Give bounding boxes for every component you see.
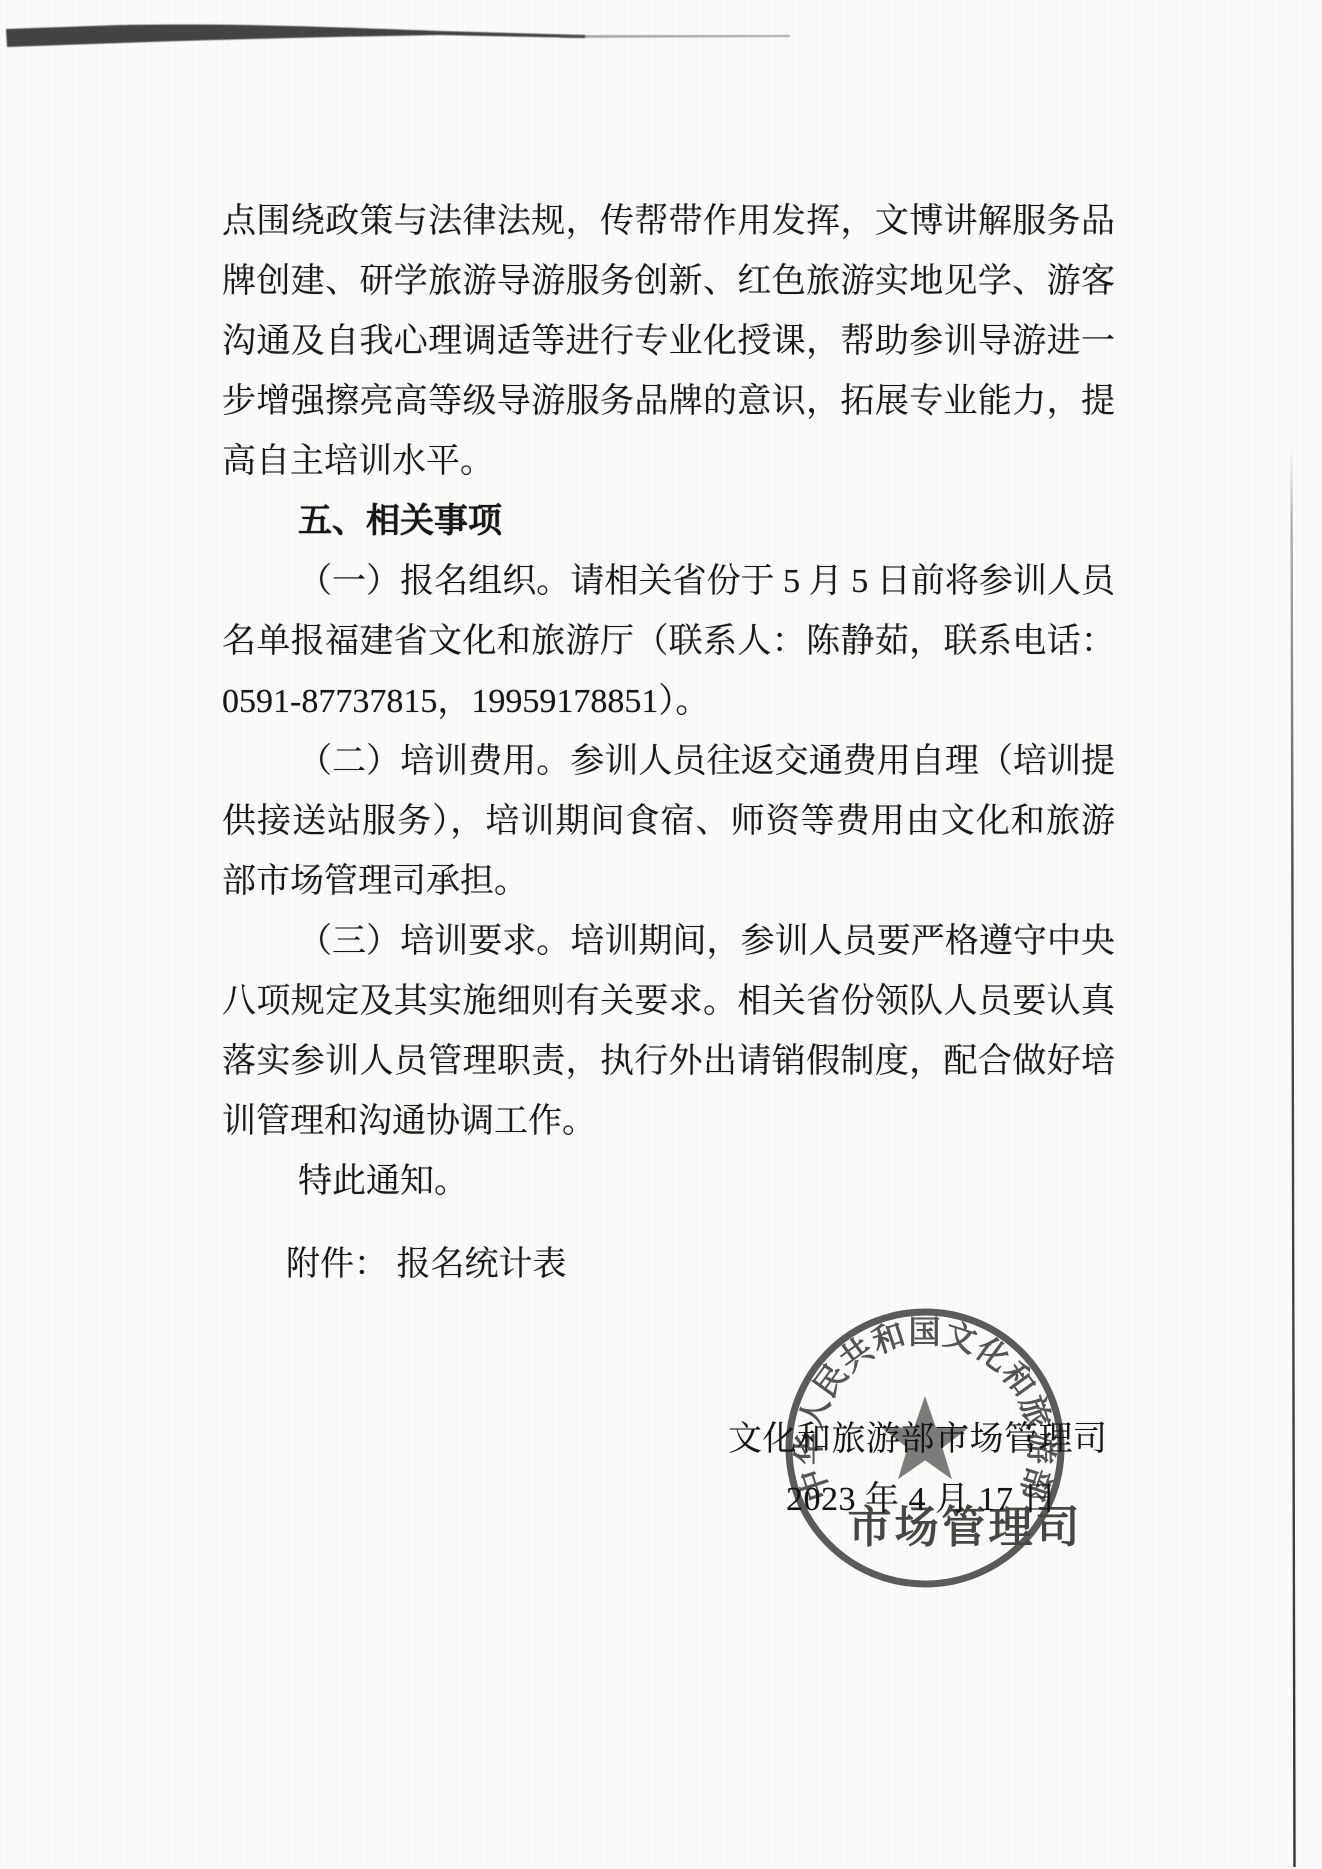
document-body: 点围绕政策与法律法规，传帮带作用发挥，文博讲解服务品牌创建、研学旅游导游服务创新… <box>222 192 1115 1212</box>
document-body-line: 特此通知。 <box>222 1152 1115 1212</box>
document-body-line: （一）报名组织。请相关省份于 5 月 5 日前将参训人员 <box>222 552 1115 612</box>
document-body-line: 名单报福建省文化和旅游厅（联系人：陈静茹，联系电话： <box>222 612 1115 672</box>
document-body-line: 0591-87737815，19959178851）。 <box>222 672 1115 732</box>
document-body-line: 高自主培训水平。 <box>222 432 1115 492</box>
document-body-line: 部市场管理司承担。 <box>222 852 1115 912</box>
right-scan-line-artifact <box>1292 450 1295 1867</box>
document-body-line: （三）培训要求。培训期间，参训人员要严格遵守中央 <box>222 912 1115 972</box>
document-body-line: 五、相关事项 <box>222 492 1115 552</box>
signature-org: 文化和旅游部市场管理司 <box>728 1416 1108 1464</box>
signature-date: 2023 年 4 月 17 日 <box>786 1476 1057 1524</box>
document-body-line: 沟通及自我心理调适等进行专业化授课，帮助参训导游进一 <box>222 312 1115 372</box>
document-body-line: 点围绕政策与法律法规，传帮带作用发挥，文博讲解服务品 <box>222 192 1115 252</box>
top-streak-artifact <box>6 24 585 47</box>
top-streak-tail <box>560 35 790 38</box>
document-body-line: （二）培训费用。参训人员往返交通费用自理（培训提 <box>222 732 1115 792</box>
document-body-line: 落实参训人员管理职责，执行外出请销假制度，配合做好培 <box>222 1032 1115 1092</box>
document-body-line: 八项规定及其实施细则有关要求。相关省份领队人员要认真 <box>222 972 1115 1032</box>
document-body-line: 供接送站服务），培训期间食宿、师资等费用由文化和旅游 <box>222 792 1115 852</box>
scanned-document-page: 点围绕政策与法律法规，传帮带作用发挥，文博讲解服务品牌创建、研学旅游导游服务创新… <box>0 0 1322 1869</box>
document-body-line: 步增强擦亮高等级导游服务品牌的意识，拓展专业能力，提 <box>222 372 1115 432</box>
document-body-line: 训管理和沟通协调工作。 <box>222 1092 1115 1152</box>
document-body-line: 牌创建、研学旅游导游服务创新、红色旅游实地见学、游客 <box>222 252 1115 312</box>
